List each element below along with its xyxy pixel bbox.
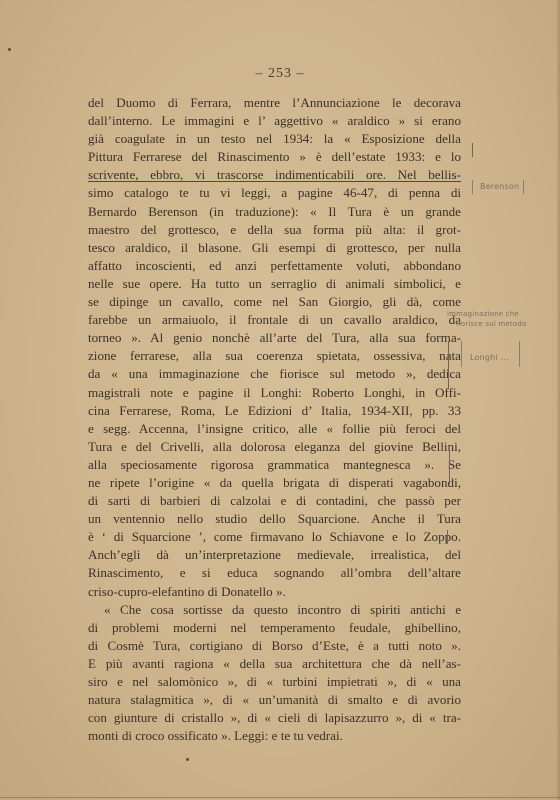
- text-line: e segg. Accenna, l’insigne critico, alle…: [88, 420, 461, 438]
- text-line: zione ferrarese, alla sua coerenza spiet…: [88, 347, 461, 365]
- text-line: da « una immaginazione che fiorisce sul …: [88, 365, 461, 383]
- margin-mark: [472, 143, 473, 157]
- text-line: natura stalagmitica », di « un’umanità d…: [88, 691, 461, 709]
- text-line: criso-cupro-elefantino di Donatello ».: [88, 583, 461, 601]
- margin-note-longhi: Longhi ...: [470, 353, 509, 362]
- text-line: se dipinge un cavallo, come nel San Gior…: [88, 293, 461, 311]
- text-line: ne ripete l’origine « da quella brigata …: [88, 474, 461, 492]
- text-line: monti di croco ossificato ». Leggi: e te…: [88, 727, 461, 745]
- text-line: magistrali note e pagine il Longhi: Robe…: [88, 384, 461, 402]
- text-line: maestro del grottesco, e della sua forma…: [88, 221, 461, 239]
- text-line: cina Ferrarese, Roma, Le Edizioni d’ Ita…: [88, 402, 461, 420]
- text-line: farebbe un armaiuolo, il frontale di un …: [88, 311, 461, 329]
- text-line: tesco araldico, il blasone. Gli esempi d…: [88, 239, 461, 257]
- text-line: E più avanti ragiona « della sua archite…: [88, 655, 461, 673]
- document-page: – 253 – del Duomo di Ferrara, mentre l’A…: [0, 0, 560, 800]
- text-line: del Duomo di Ferrara, mentre l’Annunciaz…: [88, 94, 461, 112]
- text-line: con giunture di cristallo », di « cieli …: [88, 709, 461, 727]
- text-line: Pittura Ferrarese del Rinascimento » è d…: [88, 148, 461, 166]
- text-line: Rinascimento, e si educa sognando all’om…: [88, 564, 461, 582]
- text-line: simo catalogo te tu vi leggi, a pagine 4…: [88, 184, 461, 202]
- margin-mark: [448, 342, 449, 388]
- text-line: torneo ». Al genio nonchè all’arte del T…: [88, 329, 461, 347]
- margin-note-immaginazione-2: fiorisce sul metodo: [456, 320, 526, 328]
- text-line: Tura e del Crivelli, alla dolorosa elega…: [88, 438, 461, 456]
- text-line: affatto incoscienti, ed anzi perfettamen…: [88, 257, 461, 275]
- text-line: Anch’egli dà un’interpretazione medieval…: [88, 546, 461, 564]
- margin-note-berenson: Berenson: [480, 182, 519, 191]
- text-line: di problemi moderni nel temperamento feu…: [88, 619, 461, 637]
- text-line: dall’interno. Le immagini e l’ aggettivo…: [88, 112, 461, 130]
- paper-spot: [8, 48, 11, 51]
- text-line: è ‘ di Squarcione ’, come firmavano lo S…: [88, 528, 461, 546]
- text-line: un ventennio nello studio dello Squarcio…: [88, 510, 461, 528]
- text-line: alla speciosamente rigorosa grammatica m…: [88, 456, 461, 474]
- text-line: di sarti di barbieri di calzolai e di co…: [88, 492, 461, 510]
- margin-mark: [447, 530, 448, 544]
- text-line: Bernardo Berenson (in traduzione): « Il …: [88, 203, 461, 221]
- page-number: – 253 –: [0, 66, 560, 82]
- text-line: nelle sue opere. Ha tutto un serraglio d…: [88, 275, 461, 293]
- margin-note-immaginazione-1: immaginazione che: [447, 310, 519, 318]
- paper-spot: [186, 758, 189, 761]
- text-line: di Cosmè Tura, cortigiano di Borso d’Est…: [88, 637, 461, 655]
- text-line: « Che cosa sortisse da questo incontro d…: [88, 601, 461, 619]
- margin-mark: [449, 448, 450, 484]
- page-edge: [0, 797, 560, 798]
- text-line: già coagulate in un testo nel 1934: la «…: [88, 130, 461, 148]
- body-text: del Duomo di Ferrara, mentre l’Annunciaz…: [88, 94, 461, 745]
- text-line: scrivente, ebbro, vi trascorse indimenti…: [88, 166, 461, 184]
- text-line: siro e nel salomònico », di « turbini im…: [88, 673, 461, 691]
